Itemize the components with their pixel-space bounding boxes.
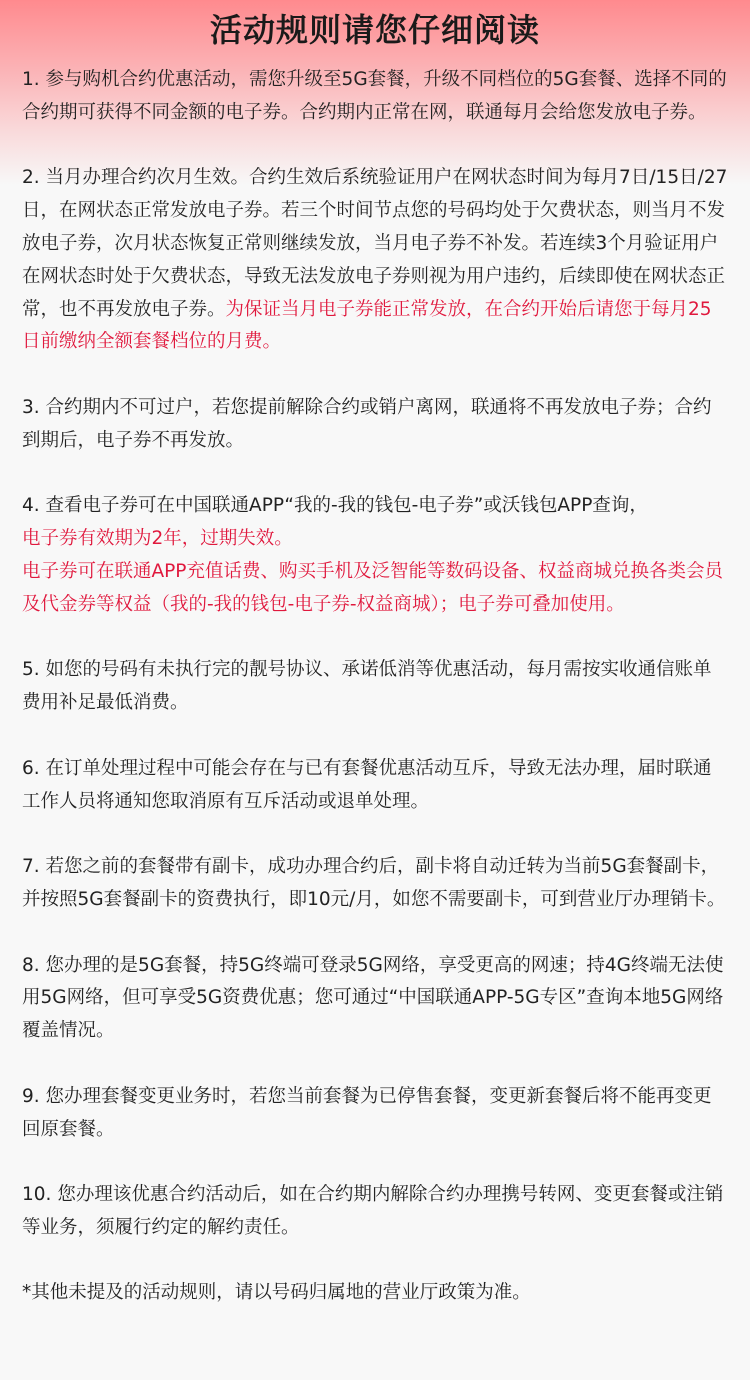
rule-number: 10. <box>22 1184 51 1205</box>
rule-number: 8. <box>22 955 40 976</box>
rule-text: 当月办理合约次月生效。合约生效后系统验证用户在网状态时间为每月7日/15日/27… <box>22 167 727 319</box>
rule-number: 7. <box>22 856 40 877</box>
rule-number: 9. <box>22 1086 40 1107</box>
rule-item-4: 4. 查看电子券可在中国联通APP“我的-我的钱包-电子券”或沃钱包APP查询，… <box>22 490 728 621</box>
rule-text: 合约期内不可过户，若您提前解除合约或销户离网，联通将不再发放电子券；合约到期后，… <box>22 397 712 451</box>
rule-number: 4. <box>22 495 40 516</box>
rule-text: 您办理的是5G套餐，持5G终端可登录5G网络，享受更高的网速；持4G终端无法使用… <box>22 955 723 1042</box>
rule-text: 参与购机合约优惠活动，需您升级至5G套餐，升级不同档位的5G套餐、选择不同的合约… <box>22 69 727 123</box>
rule-text: 若您之前的套餐带有副卡，成功办理合约后，副卡将自动迁转为当前5G套餐副卡，并按照… <box>22 856 725 910</box>
rule-text: 查看电子券可在中国联通APP“我的-我的钱包-电子券”或沃钱包APP查询， <box>46 495 648 516</box>
rule-text: 在订单处理过程中可能会存在与已有套餐优惠活动互斥，导致无法办理，届时联通工作人员… <box>22 758 712 812</box>
rule-number: 6. <box>22 758 40 779</box>
rule-item-6: 6. 在订单处理过程中可能会存在与已有套餐优惠活动互斥，导致无法办理，届时联通工… <box>22 753 728 819</box>
rule-text: 您办理该优惠合约活动后，如在合约期内解除合约办理携号转网、变更套餐或注销等业务，… <box>22 1184 723 1238</box>
rule-text: 如您的号码有未执行完的靓号协议、承诺低消等优惠活动，每月需按实收通信账单费用补足… <box>22 659 712 713</box>
rules-list: 1. 参与购机合约优惠活动，需您升级至5G套餐，升级不同档位的5G套餐、选择不同… <box>0 60 750 1310</box>
rule-item-10: 10. 您办理该优惠合约活动后，如在合约期内解除合约办理携号转网、变更套餐或注销… <box>22 1179 728 1245</box>
rule-number: 3. <box>22 397 40 418</box>
rule-item-8: 8. 您办理的是5G套餐，持5G终端可登录5G网络，享受更高的网速；持4G终端无… <box>22 950 728 1048</box>
rule-item-5: 5. 如您的号码有未执行完的靓号协议、承诺低消等优惠活动，每月需按实收通信账单费… <box>22 654 728 720</box>
activity-rules-page: 活动规则请您仔细阅读 1. 参与购机合约优惠活动，需您升级至5G套餐，升级不同档… <box>0 0 750 1380</box>
rule-item-7: 7. 若您之前的套餐带有副卡，成功办理合约后，副卡将自动迁转为当前5G套餐副卡，… <box>22 851 728 917</box>
rule-item-2: 2. 当月办理合约次月生效。合约生效后系统验证用户在网状态时间为每月7日/15日… <box>22 162 728 359</box>
footer-note: *其他未提及的活动规则，请以号码归属地的营业厅政策为准。 <box>22 1277 728 1310</box>
rule-number: 1. <box>22 69 40 90</box>
rule-highlight-validity: 电子券有效期为2年，过期失效。 <box>22 528 293 549</box>
rule-item-9: 9. 您办理套餐变更业务时，若您当前套餐为已停售套餐，变更新套餐后将不能再变更回… <box>22 1081 728 1147</box>
rule-item-1: 1. 参与购机合约优惠活动，需您升级至5G套餐，升级不同档位的5G套餐、选择不同… <box>22 64 728 130</box>
rule-item-3: 3. 合约期内不可过户，若您提前解除合约或销户离网，联通将不再发放电子券；合约到… <box>22 392 728 458</box>
page-title: 活动规则请您仔细阅读 <box>0 0 750 60</box>
rule-text: 您办理套餐变更业务时，若您当前套餐为已停售套餐，变更新套餐后将不能再变更回原套餐… <box>22 1086 712 1140</box>
rule-number: 2. <box>22 167 40 188</box>
rule-highlight-usage: 电子券可在联通APP充值话费、购买手机及泛智能等数码设备、权益商城兑换各类会员及… <box>22 561 723 615</box>
rule-number: 5. <box>22 659 40 680</box>
